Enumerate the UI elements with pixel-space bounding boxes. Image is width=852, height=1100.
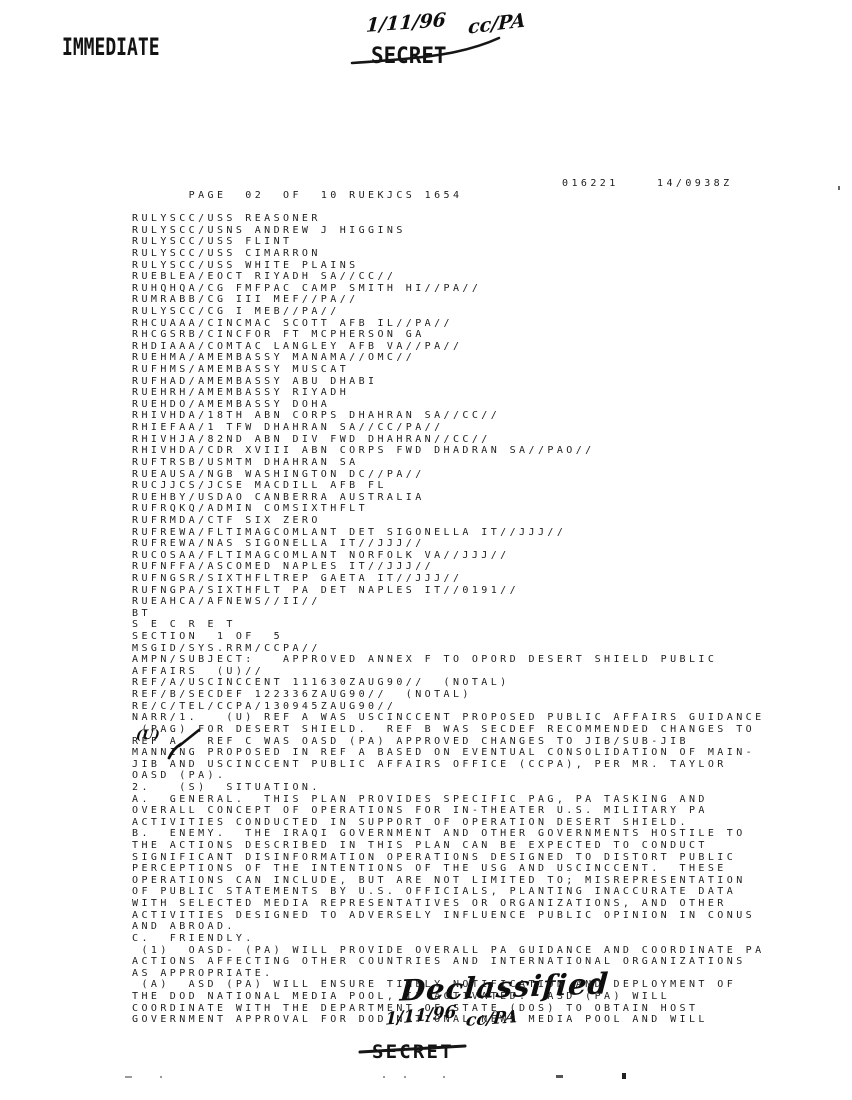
message-line: PERCEPTIONS OF THE INTENTIONS OF THE USG… <box>132 863 832 875</box>
message-line: AND ABROAD. <box>132 921 832 933</box>
message-line: RUFHMS/AMEMBASSY MUSCAT <box>132 364 832 376</box>
scan-artifact <box>622 1073 626 1079</box>
scanned-message-page: IMMEDIATE SECRET SECRET 1/11/96 cc/PA (U… <box>0 0 852 1100</box>
priority-stamp: IMMEDIATE <box>62 33 160 61</box>
scan-artifact <box>443 1076 445 1078</box>
message-line: RUFTRSB/USMTM DHAHRAN SA <box>132 457 832 469</box>
message-line: RUFREWA/NAS SIGONELLA IT//JJJ// <box>132 538 832 550</box>
message-line: OVERALL CONCEPT OF OPERATIONS FOR IN-THE… <box>132 805 832 817</box>
message-line: RHCGSRB/CINCFOR FT MCPHERSON GA <box>132 329 832 341</box>
date-time-group: 14/0938Z <box>657 178 733 190</box>
message-line: THE DOD NATIONAL MEDIA POOL, IF ACTIVATE… <box>132 991 832 1003</box>
message-line: RUMRABB/CG III MEF//PA// <box>132 294 832 306</box>
handwritten-date-top: 1/11/96 <box>365 9 446 37</box>
message-line: ACTIONS AFFECTING OTHER COUNTRIES AND IN… <box>132 956 832 968</box>
message-line: S E C R E T <box>132 619 832 631</box>
message-line: MANNING PROPOSED IN REF A BASED ON EVENT… <box>132 747 832 759</box>
message-line: RHIVHDA/CDR XVIII ABN CORPS FWD DHADRAN … <box>132 445 832 457</box>
message-line: RULYSCC/USS CIMARRON <box>132 248 832 260</box>
page-number-line: PAGE 02 OF 10 RUEKJCS 1654 <box>189 190 463 201</box>
message-line: RUEHBY/USDAO CANBERRA AUSTRALIA <box>132 492 832 504</box>
message-line: REF A. REF C WAS OASD (PA) APPROVED CHAN… <box>132 736 832 748</box>
message-line: RULYSCC/CG I MEB//PA// <box>132 306 832 318</box>
message-line: SIGNIFICANT DISINFORMATION OPERATIONS DE… <box>132 852 832 864</box>
message-line: RUCJJCS/JCSE MACDILL AFB FL <box>132 480 832 492</box>
scan-artifact <box>383 1076 385 1078</box>
message-line: RHIVHDA/18TH ABN CORPS DHAHRAN SA//CC// <box>132 410 832 422</box>
message-line: WITH SELECTED MEDIA REPRESENTATIVES OR O… <box>132 898 832 910</box>
message-line: RHIEFAA/1 TFW DHAHRAN SA//CC/PA// <box>132 422 832 434</box>
page-header-line: PAGE 02 OF 10 RUEKJCS 1654 016221 14/093… <box>132 178 832 190</box>
message-line: RHIVHJA/82ND ABN DIV FWD DHAHRAN//CC// <box>132 434 832 446</box>
message-line: C. FRIENDLY. <box>132 933 832 945</box>
message-line: (1) OASD- (PA) WILL PROVIDE OVERALL PA G… <box>132 945 832 957</box>
message-line: RUEHRH/AMEMBASSY RIYADH <box>132 387 832 399</box>
scan-artifact <box>838 186 840 190</box>
message-line: B. ENEMY. THE IRAQI GOVERNMENT AND OTHER… <box>132 828 832 840</box>
message-line: RUFHAD/AMEMBASSY ABU DHABI <box>132 376 832 388</box>
message-line: RUFNGSR/SIXTHFLTREP GAETA IT//JJJ// <box>132 573 832 585</box>
message-line: AFFAIRS (U)// <box>132 666 832 678</box>
message-line: RUHQHQA/CG FMFPAC CAMP SMITH HI//PA// <box>132 283 832 295</box>
message-line: ACTIVITIES DESIGNED TO ADVERSELY INFLUEN… <box>132 910 832 922</box>
message-line: BT <box>132 608 832 620</box>
message-line: RHDIAAA/COMTAC LANGLEY AFB VA//PA// <box>132 341 832 353</box>
message-line: RUEAUSA/NGB WASHINGTON DC//PA// <box>132 469 832 481</box>
message-line: GOVERNMENT APPROVAL FOR DOD NATIONAL NEW… <box>132 1014 832 1026</box>
message-line: RUEHDO/AMEMBASSY DOHA <box>132 399 832 411</box>
message-body: PAGE 02 OF 10 RUEKJCS 1654 016221 14/093… <box>132 155 832 1049</box>
message-line: 2. (S) SITUATION. <box>132 782 832 794</box>
message-line: RUFNFFA/ASCOMED NAPLES IT//JJJ// <box>132 561 832 573</box>
message-line: RUEBLEA/EOCT RIYADH SA//CC// <box>132 271 832 283</box>
classification-stamp-top: SECRET <box>371 44 447 69</box>
scan-artifact <box>404 1076 406 1078</box>
message-line: RE/C/TEL/CCPA/130945ZAUG90// <box>132 701 832 713</box>
message-line: RUFNGPA/SIXTHFLT PA DET NAPLES IT//0191/… <box>132 585 832 597</box>
message-line: RULYSCC/USS REASONER <box>132 213 832 225</box>
message-line: REF/A/USCINCCENT 111630ZAUG90// (NOTAL) <box>132 677 832 689</box>
scan-artifact <box>160 1076 162 1078</box>
message-line: COORDINATE WITH THE DEPARTMENT OF STATE … <box>132 1003 832 1015</box>
message-line: A. GENERAL. THIS PLAN PROVIDES SPECIFIC … <box>132 794 832 806</box>
message-line: ACTIVITIES CONDUCTED IN SUPPORT OF OPERA… <box>132 817 832 829</box>
message-line: RUFRMDA/CTF SIX ZERO <box>132 515 832 527</box>
message-serial: 016221 <box>562 178 619 190</box>
message-line: (PAG) FOR DESERT SHIELD. REF B WAS SECDE… <box>132 724 832 736</box>
message-line: OPERATIONS CAN INCLUDE, BUT ARE NOT LIMI… <box>132 875 832 887</box>
message-line: AMPN/SUBJECT: APPROVED ANNEX F TO OPORD … <box>132 654 832 666</box>
message-line: RUFREWA/FLTIMAGCOMLANT DET SIGONELLA IT/… <box>132 527 832 539</box>
scan-artifact <box>556 1075 563 1078</box>
message-line: OASD (PA). <box>132 770 832 782</box>
message-line: THE ACTIONS DESCRIBED IN THIS PLAN CAN B… <box>132 840 832 852</box>
message-line: RUFRQKQ/ADMIN COMSIXTHFLT <box>132 503 832 515</box>
message-line: SECTION 1 OF 5 <box>132 631 832 643</box>
message-line: JIB AND USCINCCENT PUBLIC AFFAIRS OFFICE… <box>132 759 832 771</box>
message-line: RULYSCC/USNS ANDREW J HIGGINS <box>132 225 832 237</box>
scan-artifact <box>125 1076 132 1078</box>
message-line: RHCUAAA/CINCMAC SCOTT AFB IL//PA// <box>132 318 832 330</box>
message-line: RULYSCC/USS WHITE PLAINS <box>132 260 832 272</box>
message-line: RUEAHCA/AFNEWS//II// <box>132 596 832 608</box>
message-line: OF PUBLIC STATEMENTS BY U.S. OFFICIALS, … <box>132 886 832 898</box>
message-line: AS APPROPRIATE. <box>132 968 832 980</box>
message-line: RUEHMA/AMEMBASSY MANAMA//OMC// <box>132 352 832 364</box>
message-line: MSGID/SYS.RRM/CCPA// <box>132 643 832 655</box>
message-line: RULYSCC/USS FLINT <box>132 236 832 248</box>
message-line: REF/B/SECDEF 122336ZAUG90// (NOTAL) <box>132 689 832 701</box>
message-line: NARR/1. (U) REF A WAS USCINCCENT PROPOSE… <box>132 712 832 724</box>
handwritten-initials-top: cc/PA <box>468 9 526 38</box>
message-lines: RULYSCC/USS REASONERRULYSCC/USNS ANDREW … <box>132 213 832 1026</box>
message-line: RUCOSAA/FLTIMAGCOMLANT NORFOLK VA//JJJ// <box>132 550 832 562</box>
message-line: (A) ASD (PA) WILL ENSURE TIMELY NOTIFICA… <box>132 979 832 991</box>
